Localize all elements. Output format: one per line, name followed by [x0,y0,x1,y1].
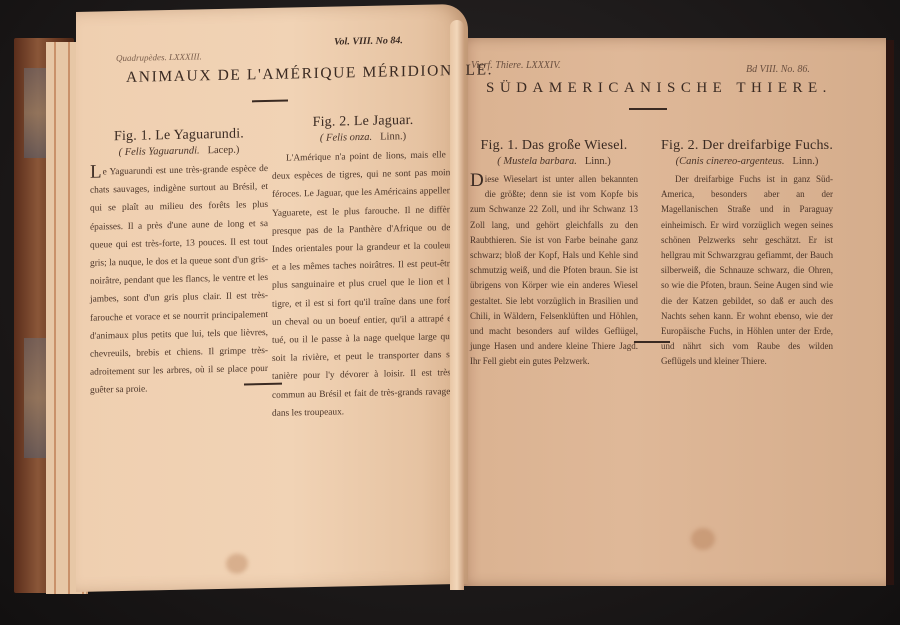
foxing-stain [691,528,715,550]
figure-label: Fig. 1. Le Yaguarundi. [90,126,268,146]
back-cover-edge [886,40,894,585]
figure-label: Fig. 2. Der dreifarbige Fuchs. [661,138,833,154]
scientific-name: ( Felis onza.Linn.) [272,130,454,145]
page-header-left: Quadrupèdes. LXXXIII. [116,51,202,63]
article-column-1: Fig. 1. Das große Wiesel. ( Mustela barb… [470,138,638,370]
article-body: Diese Wieselart ist unter allen bekannte… [470,172,638,370]
article-column-1: Fig. 1. Le Yaguarundi. ( Felis Yaguarund… [90,126,268,400]
article-column-2: Fig. 2. Der dreifarbige Fuchs. (Canis ci… [661,138,833,370]
page-header-right: Bd VIII. No. 86. [746,64,810,75]
drop-cap: L [90,165,102,179]
title-rule [629,108,667,110]
article-body: Le Yaguarundi est une très-grande espèce… [90,160,268,400]
page-header-right: Vol. VIII. No 84. [334,35,403,47]
scientific-name: ( Felis Yaguarundi.Lacep.) [90,144,268,159]
figure-label: Fig. 1. Das große Wiesel. [470,138,638,154]
article-column-2: Fig. 2. Le Jaguar. ( Felis onza.Linn.) L… [272,112,454,423]
left-page: Quadrupèdes. LXXXIII. Vol. VIII. No 84. … [76,4,468,592]
page-title: SÜDAMERICANISCHE THIERE. [486,80,832,97]
scientific-name: (Canis cinereo-argenteus.Linn.) [661,156,833,167]
scientific-name: ( Mustela barbara.Linn.) [470,156,638,167]
article-body: L'Amérique n'a point de lions, mais elle… [272,146,454,423]
drop-cap: D [470,174,484,188]
page-title: ANIMAUX DE L'AMÉRIQUE MÉRIDIONALE. [126,61,493,87]
article-body: Der dreifarbige Fuchs ist in ganz Süd-Am… [661,172,833,370]
right-page: Vierf. Thiere. LXXXIV. Bd VIII. No. 86. … [456,38,886,586]
book-gutter [450,20,464,590]
foxing-stain [226,553,248,573]
figure-label: Fig. 2. Le Jaguar. [272,112,454,132]
title-rule [252,100,288,103]
